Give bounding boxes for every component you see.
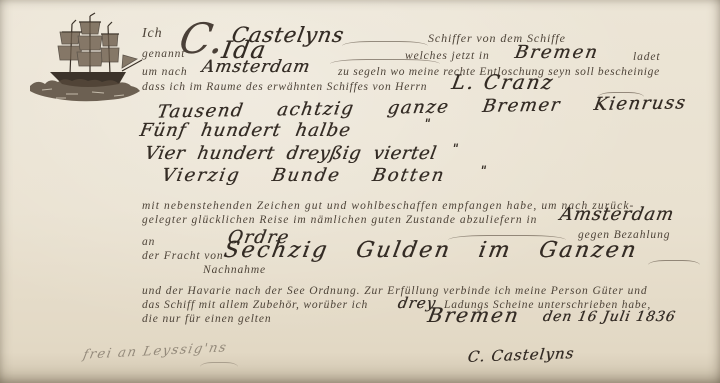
form-text-welches: welches jetzt in [405, 50, 490, 62]
cargo-line-1: Tausend achtzig ganze Bremer Kienruss [156, 92, 689, 122]
flourish-line [342, 41, 428, 46]
form-word-ladet: ladet [633, 51, 661, 63]
form-word-nachnahme: Nachnahme [203, 264, 266, 276]
form-word-ich: Ich [142, 26, 163, 42]
cargo-line-2: Fünf hundert halbe [138, 120, 353, 141]
date-written: den 16 Juli 1836 [542, 309, 677, 325]
delivery-port: Amsterdam [558, 204, 676, 225]
flourish-line [200, 362, 238, 367]
form-body-line5: die nur für einen gelten [142, 313, 272, 325]
ditto-mark: " [423, 117, 432, 132]
sailing-ship-engraving [22, 8, 152, 108]
form-body-line4a: das Schiff mit allem Zubehör, worüber ic… [142, 299, 368, 311]
document-paper: Ich C. Castelyns Schiffer von dem Schiff… [0, 0, 720, 383]
ditto-mark: " [479, 164, 488, 179]
route-port: Amsterdam [200, 57, 312, 77]
form-text-dass-ich: dass ich im Raume des erwähnten Schiffes… [142, 81, 427, 93]
place-written: Bremen [426, 303, 522, 327]
flourish-line [648, 260, 700, 265]
loading-port: Bremen [513, 42, 601, 63]
form-word-genannt: genannt [142, 48, 185, 60]
signature: C. Castelyns [467, 344, 575, 366]
form-text-der-fracht-von: der Fracht von [142, 250, 224, 262]
form-word-an: an [142, 236, 155, 248]
form-body-line2: gelegter glücklichen Reise im nämlichen … [142, 214, 537, 226]
ditto-mark: " [451, 142, 460, 157]
freight-amount: Sechzig Gulden im Ganzen [222, 238, 640, 263]
cargo-line-3: Vier hundert dreyßig viertel [143, 143, 438, 164]
form-text-um-nach: um nach [142, 66, 188, 78]
cargo-line-4: Vierzig Bunde Botten [160, 165, 447, 186]
shipper-name: L. Cranz [450, 70, 556, 94]
form-body-line3: und der Havarie nach der See Ordnung. Zu… [142, 285, 648, 297]
left-annotation: frei an Leyssig'ns [82, 340, 229, 362]
